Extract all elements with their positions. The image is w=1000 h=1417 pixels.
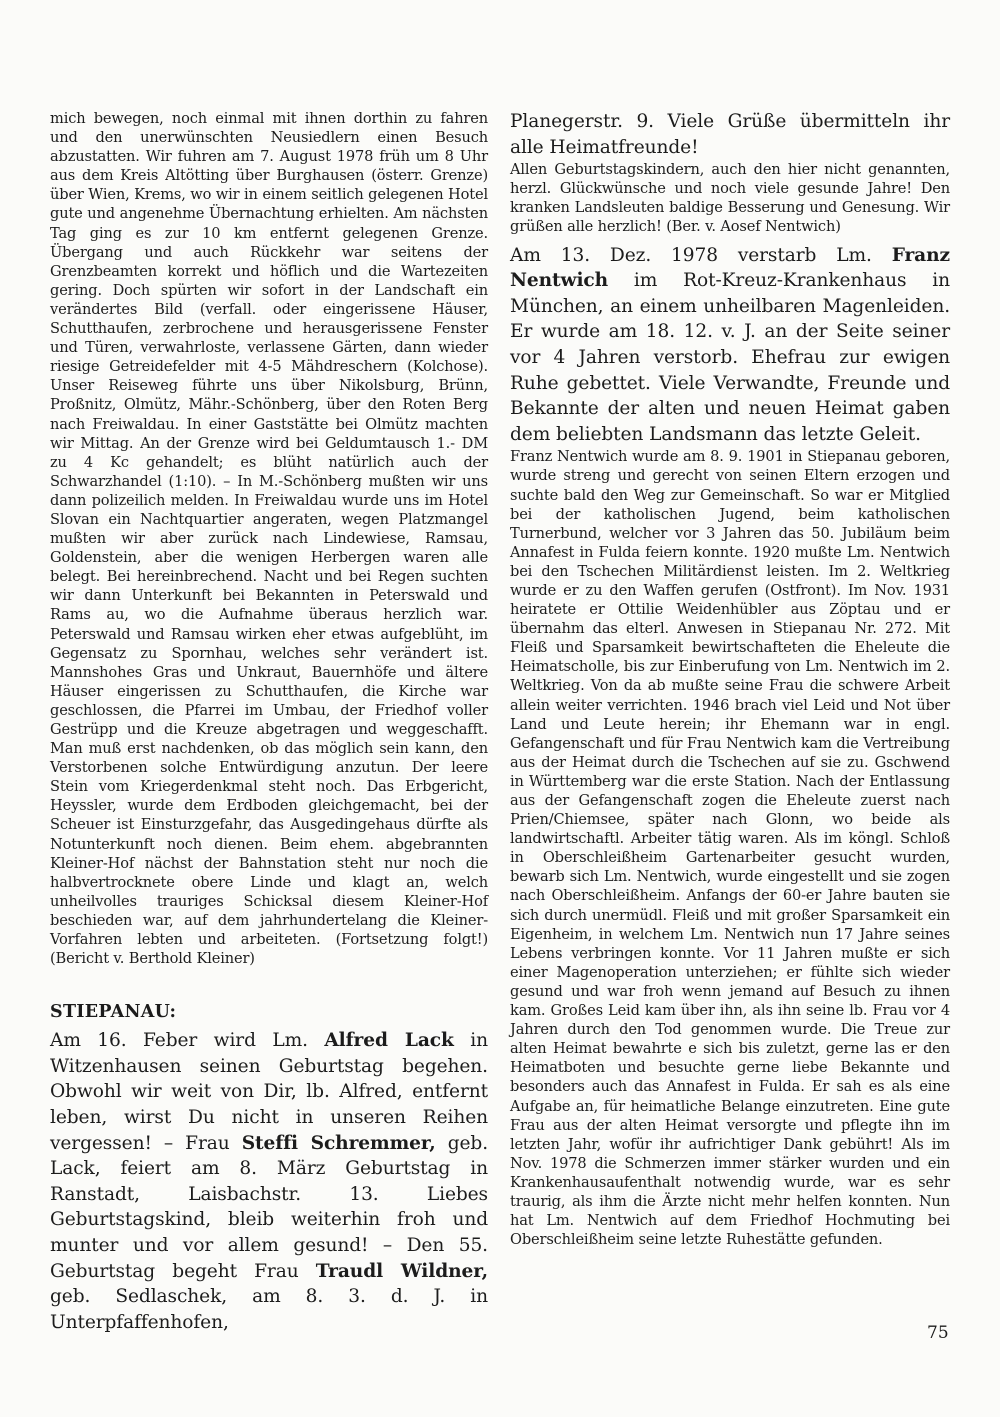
person-name: Alfred Lack — [324, 1030, 453, 1051]
left-column: mich bewegen, noch einmal mit ihnen dort… — [50, 109, 488, 1335]
page-number: 75 — [927, 1323, 949, 1343]
birthday-announcements: Am 16. Feber wird Lm. Alfred Lack in Wit… — [50, 1028, 488, 1335]
text-run: Am 13. Dez. 1978 verstarb Lm. — [510, 245, 892, 266]
text-run: im Rot-Kreuz-Krankenhaus in München, an … — [510, 270, 950, 445]
text-run: geb. Sedlaschek, am 8. 3. d. J. in Unter… — [50, 1286, 488, 1333]
person-name: Traudl Wildner, — [316, 1261, 488, 1282]
text-run: geb. Lack, feiert am 8. März Geburtstag … — [50, 1133, 488, 1282]
section-heading-stiepanau: STIEPANAU: — [50, 1002, 488, 1022]
continuation-paragraph: Planegerstr. 9. Viele Grüße übermitteln … — [510, 109, 950, 160]
biography-paragraph: Franz Nentwich wurde am 8. 9. 1901 in St… — [510, 447, 950, 1249]
text-run: Am 16. Feber wird Lm. — [50, 1030, 324, 1051]
travel-report-paragraph: mich bewegen, noch einmal mit ihnen dort… — [50, 109, 488, 968]
right-column: Planegerstr. 9. Viele Grüße übermitteln … — [510, 109, 950, 1249]
person-name: Steffi Schremmer, — [242, 1133, 436, 1154]
obituary-paragraph: Am 13. Dez. 1978 verstarb Lm. Franz Nent… — [510, 243, 950, 448]
greetings-paragraph: Allen Geburtstagskindern, auch den hier … — [510, 160, 950, 236]
